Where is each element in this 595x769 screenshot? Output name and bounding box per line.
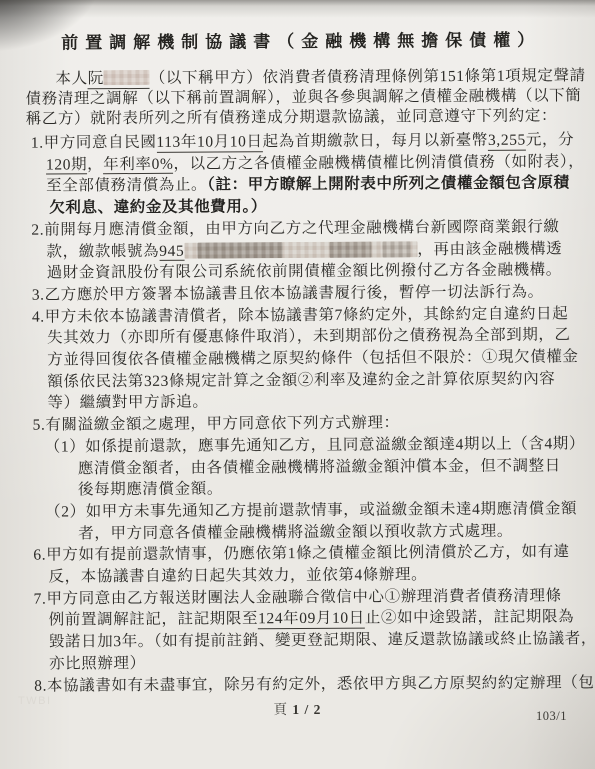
installment-count: 120期: [46, 156, 87, 175]
page-label: 頁: [274, 702, 289, 717]
interest-rate: 年利率0%: [103, 155, 173, 174]
clause-text: 元，分: [526, 131, 574, 148]
page-number: 1 / 2: [292, 702, 321, 717]
clause-text: 1.甲方同意自民國: [31, 134, 157, 152]
item-5-sub-1-line-1: （1）如係提前還款，應事先通知乙方，且同意溢繳金額達4期以上（含4期）: [28, 433, 580, 458]
item-1-line-1: 1.甲方同意自民國113年10月10日起為首期繳款日，每月以新臺幣3,255元，…: [26, 129, 578, 154]
clause-list: 1.甲方同意自民國113年10月10日起為首期繳款日，每月以新臺幣3,255元，…: [26, 129, 581, 697]
clause-text: ，: [87, 156, 103, 173]
clause-text: ，再由該金融機構透: [417, 240, 562, 258]
clause-text: 起為首期繳款日，每月以新臺幣: [263, 132, 489, 150]
item-3-line-1: 3.乙方應於甲方簽署本協議書且依本協議書履行後，暫停一切法訴行為。: [27, 281, 579, 306]
intro-text: 本人: [55, 70, 87, 87]
item-4-line-4: 額係依民法第323條規定計算之金額②利率及違約金之計算依原契約內容: [27, 368, 579, 393]
registration-deadline: 124年09月10日: [258, 610, 365, 629]
item-5-sub-2-line-1: （2）如甲方未事先通知乙方提前還款情事，或溢繳金額未達4期應清償金額: [28, 498, 580, 523]
clause-text: 例前置調解註記，註記期限至: [49, 611, 258, 629]
first-payment-date: 113年10月10日: [156, 133, 262, 152]
scanned-agreement-page: 前置調解機制協議書（金融機構無擔保債權） 本人阮（以下稱甲方）依消費者債務清理條…: [0, 0, 595, 769]
item-1-line-3: 至全部債務清償為止。（註：甲方瞭解上開附表中所列之債權金額包含原積: [26, 173, 578, 198]
clause-text: ，以乙方之各債權金融機構債權比例清償債務（如附表），: [173, 153, 584, 173]
document-content: 前置調解機制協議書（金融機構無擔保債權） 本人阮（以下稱甲方）依消費者債務清理條…: [25, 0, 581, 697]
applicant-surname: 阮: [88, 70, 104, 87]
page-indicator: 頁 1 / 2: [0, 698, 595, 718]
clause-text: 至全部債務清償為止。: [46, 177, 207, 195]
document-title: 前置調解機制協議書（金融機構無擔保債權）: [25, 28, 577, 55]
item-8-line-1: 8.本協議書如有未盡事宜，除另有約定外，悉依甲方與乙方原契約約定辦理（包: [29, 672, 581, 697]
item-4-line-3: 方並得回復依各債權金融機構之原契約條件（包括但不限於：①現欠債權金: [27, 346, 579, 371]
intro-paragraph: 本人阮（以下稱甲方）依消費者債務清理條例第151條第1項規定聲請 債務清理之調解…: [25, 66, 577, 129]
account-number-prefix: 945: [159, 242, 184, 261]
note-bold-text: 欠利息、違約金及其他費用。）: [49, 198, 267, 216]
redaction-block: [329, 241, 371, 257]
item-6-line-1: 6.甲方如有提前還款情事，仍應依第1條之債權金額比例清償於乙方，如有違: [28, 542, 580, 567]
item-7-line-3: 毀諾日加3年。（如有提前註銷、變更登記期限、違反還款協議或終止協議者，: [29, 628, 581, 653]
applicant-name: 阮: [88, 70, 150, 89]
redaction-block: [382, 241, 410, 257]
intro-line-3: 稱乙方）就附表所列之所有債務達成分期還款協議，並同意遵守下列約定：: [26, 106, 578, 129]
doc-number: 103/1: [536, 709, 567, 724]
monthly-amount: 3,255: [488, 132, 526, 151]
clause-text: 款，繳款帳號為: [46, 242, 159, 260]
redaction-block: [197, 242, 282, 259]
clause-text: 止②如中途毀諾，註記期限為: [365, 609, 574, 627]
note-bold-text: （註：甲方瞭解上開附表中所列之債權金額包含原積: [207, 175, 570, 194]
item-5-sub-1-line-2: 應清償金額者，由各債權金融機構將溢繳金額沖償本金，但不調整日: [28, 455, 580, 480]
redacted-account-number: [184, 241, 417, 258]
redacted-name: [104, 70, 150, 85]
intro-text: （以下稱甲方）依消費者債務清理條例第151條第1項規定聲請: [150, 67, 586, 87]
item-2-line-1: 2.前開每月應清償金額，由甲方向乙方之代理金融機構台新國際商業銀行繳: [26, 216, 578, 241]
